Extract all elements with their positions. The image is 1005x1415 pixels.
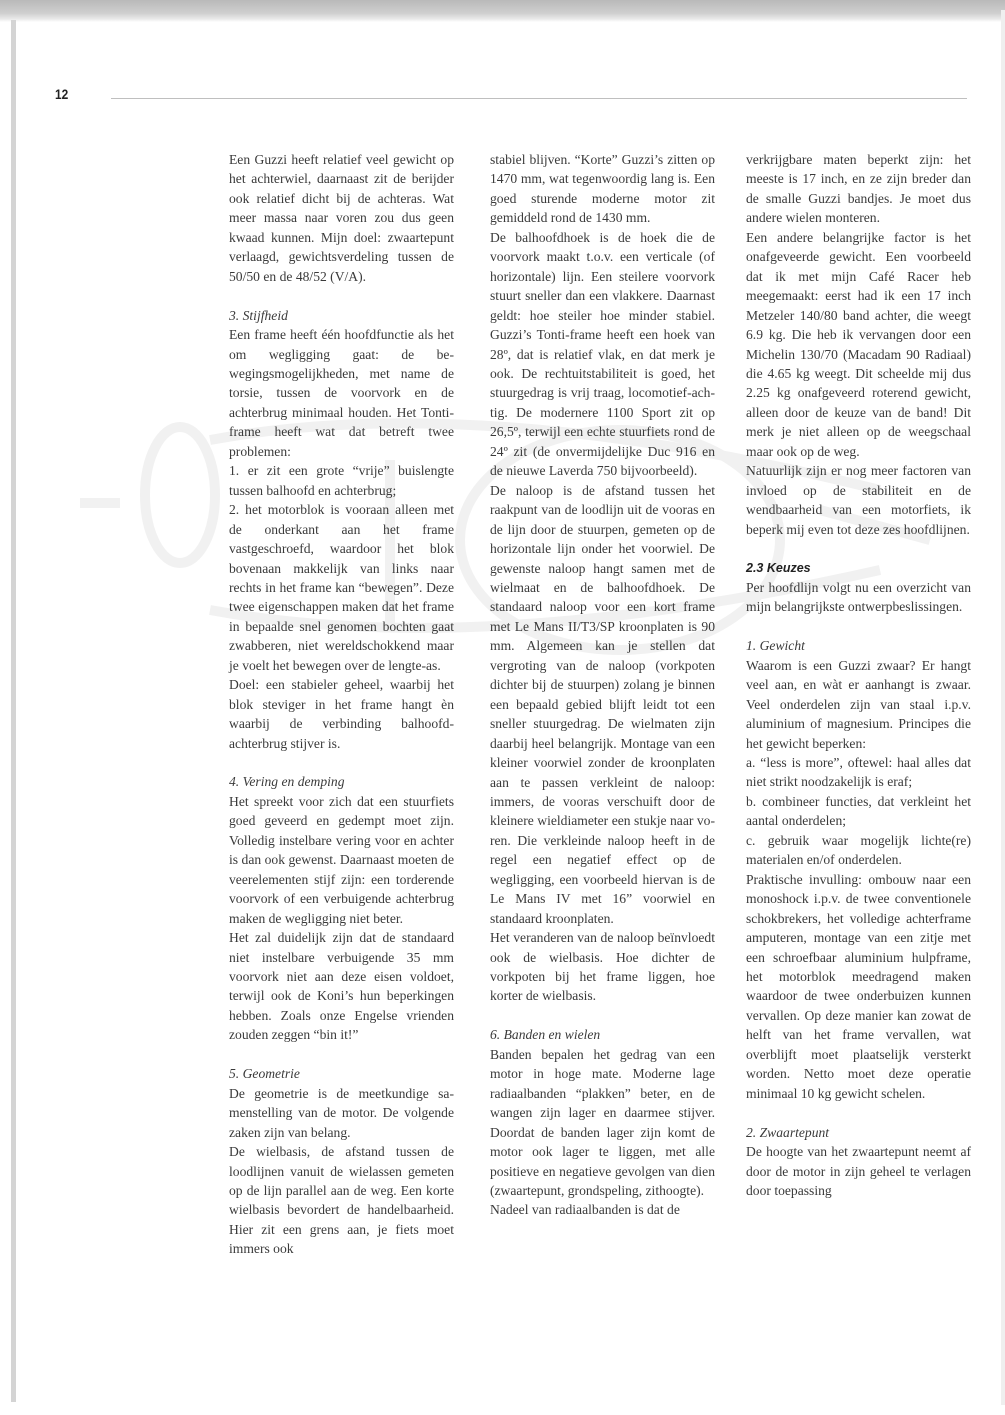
paragraph: Het zal duidelijk zijn dat de stan­daard… [229,928,454,1045]
paragraph-gap [746,539,971,558]
paragraph: Doel: een stabieler geheel, waarbij het … [229,675,454,753]
paragraph: De wielbasis, de afstand tussen de loodl… [229,1142,454,1259]
paragraph: Het spreekt voor zich dat een stuur­fiet… [229,792,454,928]
paragraph: Per hoofdlijn volgt nu een over­zicht va… [746,578,971,617]
paragraph-gap [746,1103,971,1122]
paragraph: Het veranderen van de naloop beïn­vloedt… [490,928,715,1006]
subsection-heading: 4. Vering en demping [229,772,454,791]
paragraph: De naloop is de afstand tussen het raakp… [490,481,715,928]
paragraph: De geometrie is de meetkundige sa­menste… [229,1084,454,1142]
paragraph: a. “less is more”, oftewel: haal alles d… [746,753,971,792]
paragraph: Een Guzzi heeft relatief veel ge­wicht o… [229,150,454,286]
paragraph: De balhoofdhoek is de hoek die de voorvo… [490,228,715,481]
paragraph: stabiel blijven. “Korte” Guzzi’s zit­ten… [490,150,715,228]
text-column-1: Een Guzzi heeft relatief veel ge­wicht o… [229,150,454,1259]
scan-left-edge [11,20,16,1402]
paragraph: c. gebruik waar mogelijk lichte(re) mate… [746,831,971,870]
paragraph: Banden bepalen het gedrag van een motor … [490,1045,715,1201]
paragraph: Waarom is een Guzzi zwaar? Er hangt veel… [746,656,971,753]
section-heading: 2.3 Keuzes [746,559,971,578]
paragraph: 2. het motorblok is vooraan alleen met d… [229,500,454,675]
text-column-3: verkrijgbare maten beperkt zijn: het mee… [746,150,971,1200]
subsection-heading: 1. Gewicht [746,636,971,655]
subsection-heading: 3. Stijfheid [229,306,454,325]
header-rule [111,98,967,99]
scan-right-edge [1001,10,1005,1405]
paragraph: Een andere belangrijke factor is het ona… [746,228,971,461]
subsection-heading: 5. Geometrie [229,1064,454,1083]
paragraph-gap [746,617,971,636]
paragraph: verkrijgbare maten beperkt zijn: het mee… [746,150,971,228]
paragraph: b. combineer functies, dat ver­kleint he… [746,792,971,831]
paragraph: Natuurlijk zijn er nog meer facto­ren va… [746,461,971,539]
subsection-heading: 6. Banden en wielen [490,1025,715,1044]
paragraph-gap [229,286,454,305]
paragraph: Nadeel van radiaalbanden is dat de [490,1200,715,1219]
page-number: 12 [55,86,68,102]
paragraph-gap [229,1045,454,1064]
scan-top-border [0,0,1005,22]
paragraph: De hoogte van het zwaartepunt neemt af d… [746,1142,971,1200]
paragraph-gap [229,753,454,772]
paragraph: Een frame heeft één hoofdfunctie als het… [229,325,454,461]
text-column-2: stabiel blijven. “Korte” Guzzi’s zit­ten… [490,150,715,1220]
paragraph: Praktische invulling: ombouw naar een mo… [746,870,971,1103]
paragraph: 1. er zit een grote “vrije” buislengte t… [229,461,454,500]
page-header: 12 [55,86,970,106]
subsection-heading: 2. Zwaartepunt [746,1123,971,1142]
paragraph-gap [490,1006,715,1025]
